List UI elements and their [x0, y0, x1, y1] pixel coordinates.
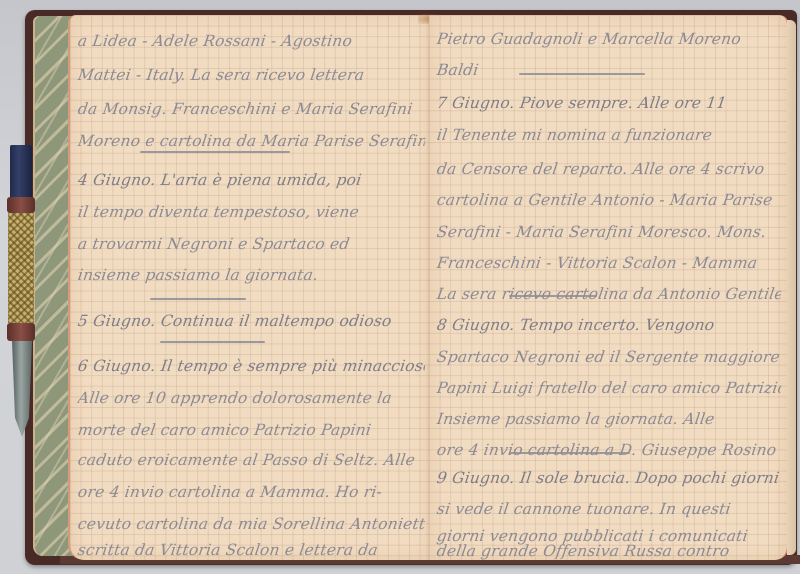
handwritten-line: Serafini - Maria Serafini Moresco. Mons.	[435, 215, 784, 249]
left-page: a Lidea - Adele Rossani - Agostino Matte…	[68, 15, 431, 560]
separator-rule	[509, 452, 630, 454]
pencil-icon	[6, 145, 36, 445]
marbled-endpaper	[33, 16, 73, 556]
pencil-body	[8, 213, 34, 323]
handwritten-line: insieme passiamo la giornata.	[76, 258, 428, 292]
separator-rule	[140, 151, 290, 153]
diary-entry-june-4: 4 Giugno. L'aria è piena umida, poi	[76, 163, 428, 197]
handwritten-line: caduto eroicamente al Passo di Seltz. Al…	[76, 443, 428, 477]
pencil-tip	[12, 341, 32, 437]
separator-rule	[519, 73, 645, 75]
handwritten-line: a trovarmi Negroni e Spartaco ed	[76, 227, 428, 261]
handwritten-line: cartolina a Gentile Antonio - Maria Pari…	[435, 183, 784, 217]
right-page-text: Pietro Guadagnoli e Marcella Moreno Bald…	[429, 15, 787, 560]
diary-entry-june-5: 5 Giugno. Continua il maltempo odioso	[76, 304, 428, 338]
pencil-band-top	[7, 197, 35, 213]
left-page-text: a Lidea - Adele Rossani - Agostino Matte…	[70, 15, 431, 560]
diary-entry-june-8: 8 Giugno. Tempo incerto. Vengono	[435, 308, 784, 342]
handwritten-line: Spartaco Negroni ed il Sergente maggiore	[435, 340, 784, 374]
handwritten-line: a Lidea - Adele Rossani - Agostino	[76, 24, 428, 58]
diary-entry-june-7: 7 Giugno. Piove sempre. Alle ore 11	[435, 86, 784, 120]
handwritten-line: scritta da Vittoria Scalon e lettera da	[76, 538, 426, 560]
handwritten-line: Franceschini - Vittoria Scalon - Mamma	[435, 246, 784, 280]
handwritten-line: Alle ore 10 apprendo dolorosamente la	[76, 381, 428, 415]
handwritten-line: ore 4 invio cartolina a Mamma. Ho ri-	[76, 475, 428, 509]
notebook-photo: a Lidea - Adele Rossani - Agostino Matte…	[0, 0, 800, 574]
handwritten-line: Mattei - Italy. La sera ricevo lettera	[76, 58, 428, 92]
separator-rule	[150, 298, 246, 300]
handwritten-line: Baldi	[435, 53, 500, 87]
diary-entry-june-9: 9 Giugno. Il sole brucia. Dopo pochi gio…	[435, 461, 784, 495]
separator-rule	[160, 341, 265, 343]
handwritten-line: Insieme passiamo la giornata. Alle	[435, 402, 784, 436]
handwritten-line: da Monsig. Franceschini e Maria Serafini	[76, 92, 428, 126]
page-block-edge	[787, 20, 796, 555]
separator-rule	[509, 295, 597, 297]
diary-entry-june-6: 6 Giugno. Il tempo è sempre più minaccio…	[76, 349, 428, 383]
handwritten-line: Papini Luigi fratello del caro amico Pat…	[435, 371, 784, 405]
handwritten-line: della grande Offensiva Russa contro	[435, 539, 782, 561]
pencil-lead	[10, 145, 32, 197]
handwritten-line: da Censore del reparto. Alle ore 4 scriv…	[435, 152, 784, 186]
handwritten-line: Pietro Guadagnoli e Marcella Moreno	[435, 22, 784, 56]
right-page: Pietro Guadagnoli e Marcella Moreno Bald…	[429, 15, 789, 560]
handwritten-line: cevuto cartolina da mia Sorellina Antoni…	[76, 507, 428, 541]
handwritten-line: La sera ricevo cartolina da Antonio Gent…	[435, 277, 784, 311]
handwritten-line: il tempo diventa tempestoso, viene	[76, 195, 428, 229]
handwritten-line: il Tenente mi nomina a funzionare	[435, 118, 784, 152]
pencil-band-bottom	[7, 323, 35, 341]
handwritten-line: morte del caro amico Patrizio Papini	[76, 413, 428, 447]
